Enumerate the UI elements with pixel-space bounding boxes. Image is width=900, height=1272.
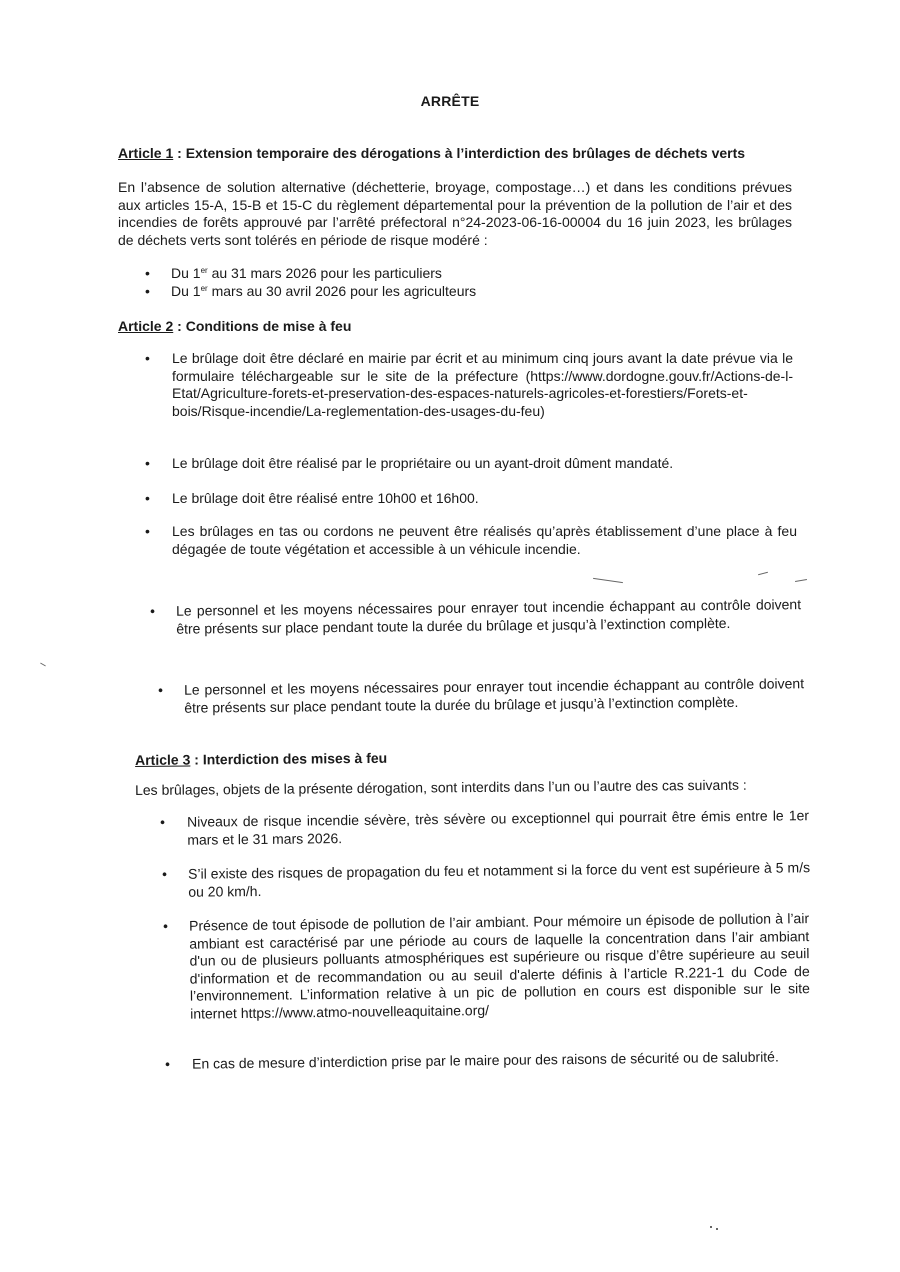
- bullet-text: Niveaux de risque incendie sévère, très …: [187, 807, 809, 849]
- bullet-dot-icon: •: [163, 918, 168, 936]
- bullet-text: En cas de mesure d’interdiction prise pa…: [192, 1048, 812, 1073]
- bullet-dot-icon: •: [145, 265, 150, 283]
- bullet-text: Le brûlage doit être réalisé par le prop…: [172, 455, 793, 473]
- bullet-text: Le personnel et les moyens nécessaires p…: [176, 596, 801, 638]
- scan-artifact: [40, 663, 46, 667]
- bullet-dot-icon: •: [165, 1056, 170, 1074]
- article-1-title: Extension temporaire des dérogations à l…: [186, 145, 745, 161]
- article-2-label: Article 2: [118, 318, 173, 334]
- article-1-separator: :: [173, 145, 185, 161]
- scan-artifact: [795, 579, 807, 582]
- bullet-text-post: mars au 30 avril 2026 pour les agriculte…: [208, 283, 476, 299]
- bullet-text: Du 1er mars au 30 avril 2026 pour les ag…: [171, 283, 476, 301]
- article-2-heading: Article 2 : Conditions de mise à feu: [118, 318, 351, 334]
- document-title: ARRÊTE: [0, 93, 900, 109]
- bullet-text-sup: er: [201, 266, 208, 275]
- bullet-dot-icon: •: [145, 523, 150, 541]
- bullet-dot-icon: •: [162, 866, 167, 884]
- bullet-text-pre: Du 1: [171, 265, 201, 281]
- bullet-dot-icon: •: [145, 350, 150, 368]
- article-2-title: Conditions de mise à feu: [186, 318, 352, 334]
- bullet-text: Le brûlage doit être réalisé entre 10h00…: [172, 490, 793, 508]
- article-3-bullet-2: • S’il existe des risques de propagation…: [162, 859, 812, 866]
- article-3-intro: Les brûlages, objets de la présente déro…: [135, 776, 815, 799]
- bullet-text-post: au 31 mars 2026 pour les particuliers: [208, 265, 442, 281]
- bullet-text: Le personnel et les moyens nécessaires p…: [184, 675, 804, 716]
- article-2-separator: :: [173, 318, 185, 334]
- article-3-bullet-4: • En cas de mesure d’interdiction prise …: [165, 1048, 815, 1056]
- article-2-bullet-5: • Le personnel et les moyens nécessaires…: [150, 596, 800, 603]
- article-3-bullet-3: • Présence de tout épisode de pollution …: [163, 910, 813, 918]
- bullet-text: Les brûlages en tas ou cordons ne peuven…: [172, 523, 797, 558]
- bullet-text: Du 1er au 31 mars 2026 pour les particul…: [171, 265, 442, 283]
- article-2-bullet-6: • Le personnel et les moyens nécessaires…: [158, 675, 808, 682]
- scan-artifact: [593, 578, 623, 583]
- bullet-dot-icon: •: [145, 490, 150, 508]
- scan-artifact: [758, 572, 768, 576]
- bullet-dot-icon: •: [150, 603, 155, 621]
- bullet-dot-icon: •: [145, 455, 150, 473]
- bullet-text-sup: er: [201, 284, 208, 293]
- bullet-text: Le brûlage doit être déclaré en mairie p…: [172, 350, 793, 420]
- bullet-dot-icon: •: [158, 682, 163, 700]
- bullet-text-pre: Du 1: [171, 283, 201, 299]
- bullet-text: Présence de tout épisode de pollution de…: [189, 910, 810, 1023]
- article-1-intro: En l’absence de solution alternative (dé…: [118, 179, 792, 249]
- document-page: ARRÊTE Article 1 : Extension temporaire …: [0, 0, 900, 1272]
- article-1-label: Article 1: [118, 145, 173, 161]
- article-3-title: Interdiction des mises à feu: [203, 750, 388, 768]
- article-3-label: Article 3: [135, 752, 190, 768]
- article-3-heading: Article 3 : Interdiction des mises à feu: [135, 750, 387, 768]
- article-3-separator: :: [190, 751, 203, 767]
- bullet-text: S’il existe des risques de propagation d…: [188, 859, 810, 901]
- article-1-heading: Article 1 : Extension temporaire des dér…: [118, 145, 745, 161]
- bullet-dot-icon: •: [145, 283, 150, 301]
- scan-artifact: [710, 1226, 712, 1228]
- bullet-dot-icon: •: [160, 814, 165, 832]
- article-3-bullet-1: • Niveaux de risque incendie sévère, trè…: [160, 807, 810, 814]
- scan-artifact: [716, 1228, 718, 1230]
